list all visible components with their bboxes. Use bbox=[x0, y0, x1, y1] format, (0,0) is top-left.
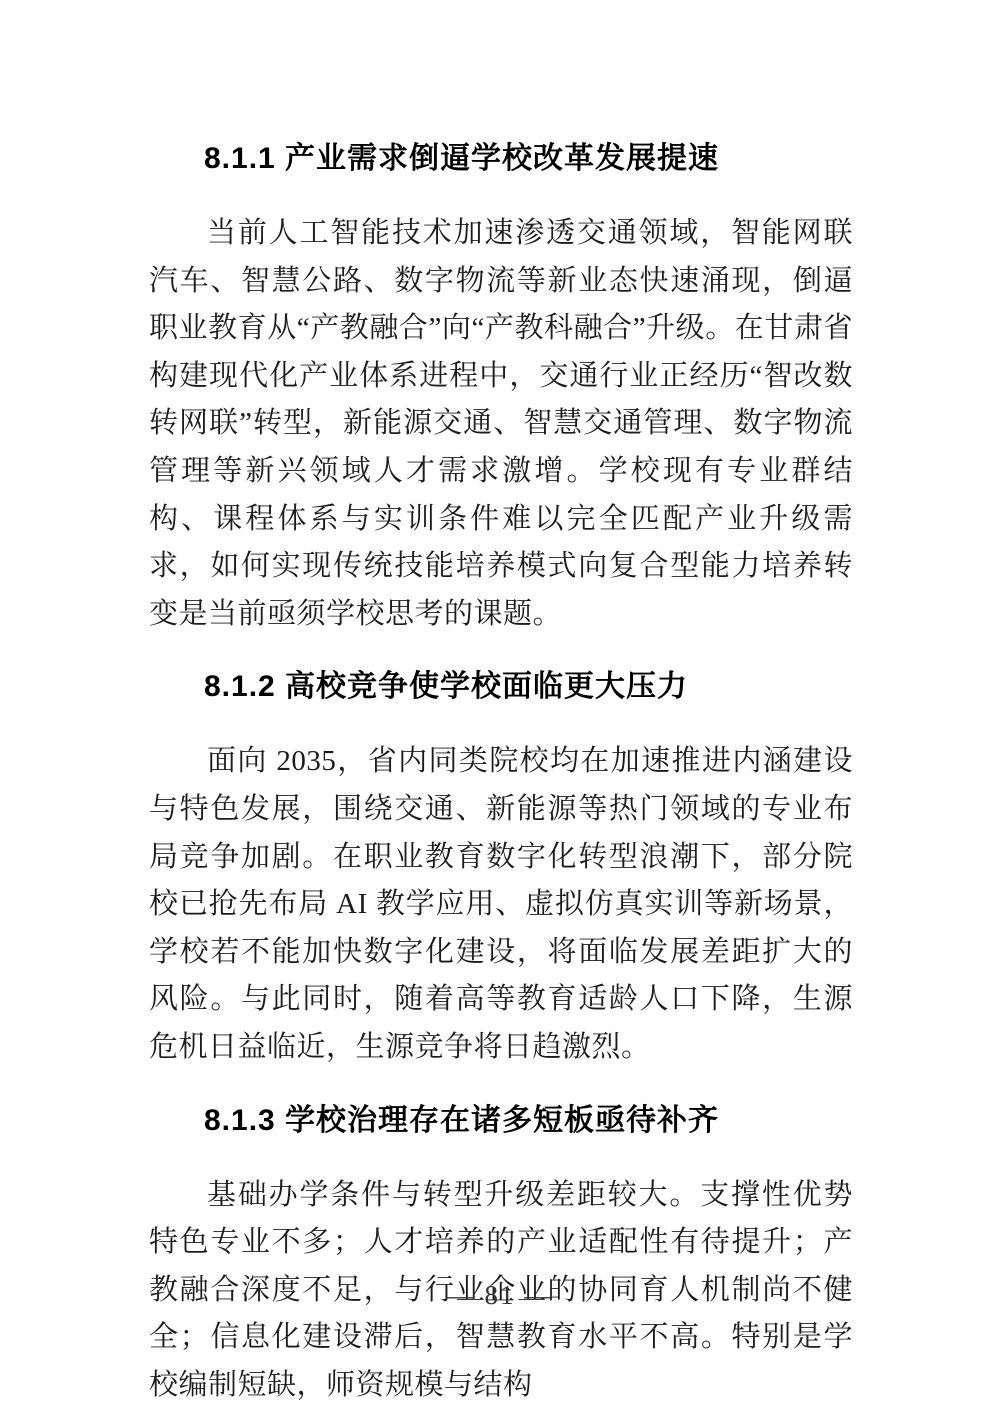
page-number: — 81 — bbox=[447, 1280, 554, 1310]
section-paragraph-8-1-1: 当前人工智能技术加速渗透交通领域，智能网联汽车、智慧公路、数字物流等新业态快速涌… bbox=[149, 210, 853, 638]
section-8-1-2: 8.1.2 高校竞争使学校面临更大压力 面向 2035，省内同类院校均在加速推进… bbox=[149, 668, 853, 1071]
section-8-1-1: 8.1.1 产业需求倒逼学校改革发展提速 当前人工智能技术加速渗透交通领域，智能… bbox=[149, 140, 853, 638]
section-heading-8-1-2: 8.1.2 高校竞争使学校面临更大压力 bbox=[149, 668, 853, 706]
section-heading-8-1-3: 8.1.3 学校治理存在诸多短板亟待补齐 bbox=[149, 1102, 853, 1140]
document-content: 8.1.1 产业需求倒逼学校改革发展提速 当前人工智能技术加速渗透交通领域，智能… bbox=[149, 140, 853, 1409]
page-footer: — 81 — bbox=[0, 1280, 1000, 1311]
section-8-1-3: 8.1.3 学校治理存在诸多短板亟待补齐 基础办学条件与转型升级差距较大。支撑性… bbox=[149, 1102, 853, 1410]
document-page: 8.1.1 产业需求倒逼学校改革发展提速 当前人工智能技术加速渗透交通领域，智能… bbox=[0, 0, 1000, 1415]
section-paragraph-8-1-2: 面向 2035，省内同类院校均在加速推进内涵建设与特色发展，围绕交通、新能源等热… bbox=[149, 738, 853, 1071]
section-heading-8-1-1: 8.1.1 产业需求倒逼学校改革发展提速 bbox=[149, 140, 853, 178]
